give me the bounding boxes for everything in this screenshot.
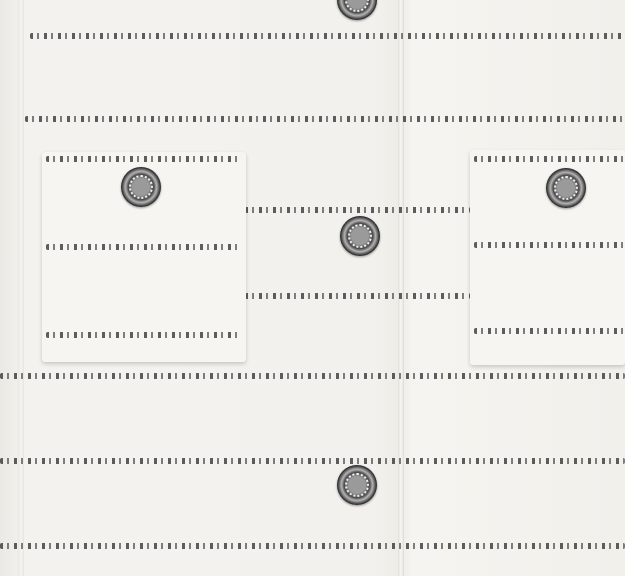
jacket-button	[121, 167, 161, 207]
tweed-stripe	[25, 116, 625, 122]
tweed-stripe	[46, 156, 242, 162]
tweed-stripe	[46, 244, 242, 250]
tweed-stripe	[245, 293, 470, 299]
tweed-stripe	[474, 242, 625, 248]
tweed-stripe	[0, 458, 625, 464]
jacket-button	[337, 465, 377, 505]
jacket-side-seam	[18, 0, 24, 576]
jacket-front-seam	[398, 0, 404, 576]
tweed-stripe	[474, 328, 625, 334]
jacket-button	[340, 216, 380, 256]
tweed-stripe	[46, 332, 242, 338]
tweed-stripe	[0, 543, 625, 549]
tweed-stripe	[0, 373, 625, 379]
tweed-stripe	[474, 156, 625, 162]
jacket-button	[546, 168, 586, 208]
tweed-stripe	[30, 33, 625, 39]
tweed-stripe	[245, 207, 470, 213]
